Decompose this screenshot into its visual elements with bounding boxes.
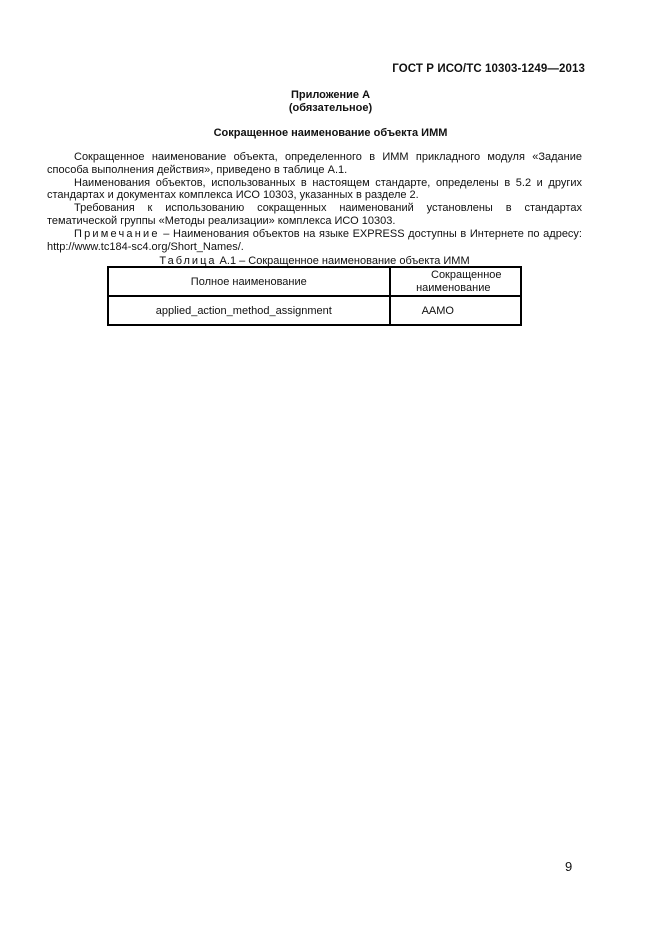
short-names-table: Полное наименование Сокращенное наименов… [107, 266, 522, 326]
note-label: Примечание [74, 228, 160, 240]
cell-full-name: applied_action_method_assignment [108, 296, 390, 325]
column-header-short-name-line2: наименование [391, 282, 520, 295]
column-header-full-name: Полное наименование [108, 267, 390, 296]
document-code-header: ГОСТ Р ИСО/ТС 10303-1249—2013 [392, 63, 585, 75]
note-paragraph: Примечание – Наименования объектов на яз… [47, 228, 582, 254]
column-header-short-name: Сокращенное наименование [390, 267, 521, 296]
appendix-heading: Приложение А (обязательное) [0, 89, 661, 115]
paragraph: Наименования объектов, использованных в … [47, 177, 582, 203]
paragraph: Сокращенное наименование объекта, опреде… [47, 151, 582, 177]
document-page: ГОСТ Р ИСО/ТС 10303-1249—2013 Приложение… [0, 0, 661, 935]
appendix-title: Приложение А [0, 89, 661, 102]
paragraph: Требования к использованию сокращенных н… [47, 202, 582, 228]
page-number: 9 [565, 859, 572, 874]
table-row: applied_action_method_assignment AAMO [108, 296, 521, 325]
body-text: Сокращенное наименование объекта, опреде… [47, 151, 582, 253]
column-header-short-name-line1: Сокращенное [391, 269, 520, 282]
appendix-subtitle: (обязательное) [0, 102, 661, 115]
cell-short-name: AAMO [390, 296, 521, 325]
section-title: Сокращенное наименование объекта ИММ [0, 127, 661, 139]
table-header-row: Полное наименование Сокращенное наименов… [108, 267, 521, 296]
